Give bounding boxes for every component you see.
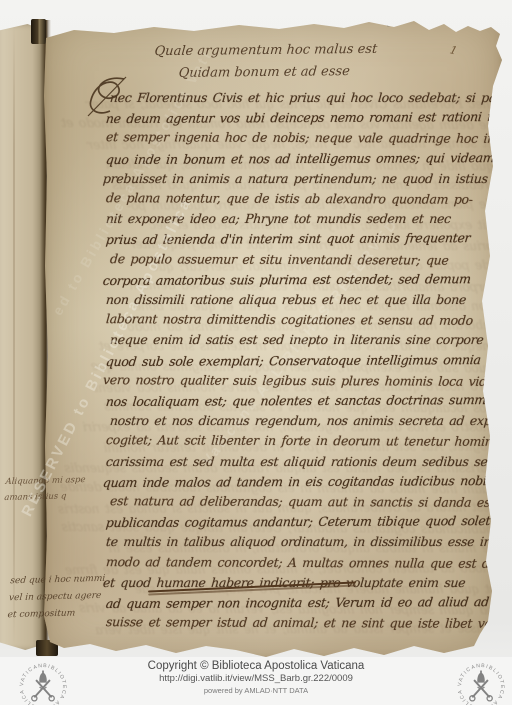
manuscript-line: est natura ad deliberandas; quam aut in … bbox=[109, 491, 502, 513]
vatican-library-stamp-right: BIBLIOTECA APOSTOLICA VATICANA bbox=[455, 661, 507, 705]
stamp-ring-text: BIBLIOTECA APOSTOLICA VATICANA bbox=[455, 661, 505, 705]
manuscript-line: ad quam semper non incognita est; Verum … bbox=[105, 592, 502, 614]
margin-note-line: amans istius q bbox=[4, 488, 85, 506]
manuscript-line: de plana notentur, que de istis ab alexa… bbox=[105, 188, 502, 210]
manuscript-line: modo ad tandem concordet; A multas omnes… bbox=[105, 552, 502, 574]
svg-text:BIBLIOTECA APOSTOLICA VATICANA: BIBLIOTECA APOSTOLICA VATICANA bbox=[17, 661, 67, 705]
manuscript-line: laborant nostra dimittendis cogitationes… bbox=[105, 309, 502, 331]
manuscript-line: cogitet; Aut scit libenter in forte in d… bbox=[105, 431, 502, 453]
heading-line: Quidam bonum et ad esse bbox=[148, 61, 380, 85]
manuscript-line: neque enim id satis est sed inepto in li… bbox=[109, 330, 502, 350]
heading-line: Quale argumentum hoc malus est bbox=[150, 39, 382, 63]
footer-text-block: Copyright © Biblioteca Apostolica Vatica… bbox=[0, 659, 512, 696]
stamp-ring-text: BIBLIOTECA APOSTOLICA VATICANA bbox=[17, 661, 67, 705]
footer-powered-by: powered by AMLAD·NTT DATA bbox=[0, 685, 512, 696]
manuscript-line: prebuisset in animis a natura pertinendu… bbox=[102, 169, 502, 189]
footer-copyright: Copyright © Biblioteca Apostolica Vatica… bbox=[0, 659, 512, 673]
endband-top bbox=[31, 19, 46, 44]
footer-url: http://digi.vatlib.it/view/MSS_Barb.gr.2… bbox=[0, 673, 512, 685]
margin-note-line: vel in aspectu agere bbox=[8, 588, 104, 607]
margin-note-line: Aliquando mi aspe bbox=[5, 472, 86, 490]
manuscript-line: corpora amatoribus suis plurima est oste… bbox=[102, 269, 502, 291]
folio-number: 63 bbox=[385, 18, 398, 29]
manuscript-line: quo inde in bonum et nos ad intelligemus… bbox=[105, 148, 502, 170]
manuscript-line: publicandas cogitamus andantur; Ceterum … bbox=[105, 511, 502, 533]
manuscript-body: nec Florentinus Civis et hic prius qui h… bbox=[106, 88, 502, 633]
manuscript-line: quod sub sole exemplari; Conservatoque i… bbox=[105, 350, 502, 372]
manuscript-line: nec Florentinus Civis et hic prius qui h… bbox=[109, 88, 502, 108]
manuscript-line: quam inde malos ad tandem in eis cogitan… bbox=[102, 471, 502, 493]
manuscript-heading: Quale argumentum hoc malus estQuidam bon… bbox=[148, 39, 382, 85]
margin-note-upper: Aliquando mi aspeamans istius q bbox=[4, 472, 86, 506]
manuscript-line: ne deum agentur vos ubi deinceps nemo ro… bbox=[105, 107, 502, 129]
manuscript-line: nit exponere ideo ea; Phryne tot mundis … bbox=[105, 209, 502, 229]
manuscript-line: vero nostro qualiter suis legibus suis p… bbox=[102, 370, 502, 392]
manuscript-line: non dissimili ratione aliqua rebus et he… bbox=[105, 290, 502, 310]
manuscript-line: nostro et nos dicamus regendum, nos anim… bbox=[109, 411, 502, 431]
manuscript-page: nec Florentinus Civis et hic prius qui h… bbox=[44, 16, 502, 658]
facing-page-crease bbox=[13, 24, 15, 648]
manuscript-line: nos localiquam est; que nolentes et sanc… bbox=[105, 390, 502, 412]
manuscript-line: de populo assuemur et situ inventandi de… bbox=[109, 249, 502, 271]
manuscript-line: prius ad lenienda d'in interim sint quot… bbox=[105, 228, 502, 250]
stray-ink-mark: 1 bbox=[448, 43, 458, 57]
margin-note-line: et compositum bbox=[7, 605, 103, 624]
manuscript-line: te multis in talibus aliquod ordinatum, … bbox=[105, 532, 502, 552]
vatican-library-stamp-left: BIBLIOTECA APOSTOLICA VATICANA bbox=[17, 661, 69, 705]
margin-note-lower: sed que i hoc nummivel in aspectu ageree… bbox=[7, 571, 106, 624]
svg-text:BIBLIOTECA APOSTOLICA VATICANA: BIBLIOTECA APOSTOLICA VATICANA bbox=[455, 661, 505, 705]
scanned-book-photo: nec Florentinus Civis et hic prius qui h… bbox=[0, 0, 512, 705]
manuscript-line: suisse et semper istud ad animal; et ne … bbox=[105, 612, 502, 634]
manuscript-line: carissima est sed multa est aliquid rati… bbox=[105, 452, 502, 472]
manuscript-line: et semper ingenia hoc de nobis; neque va… bbox=[105, 128, 502, 150]
